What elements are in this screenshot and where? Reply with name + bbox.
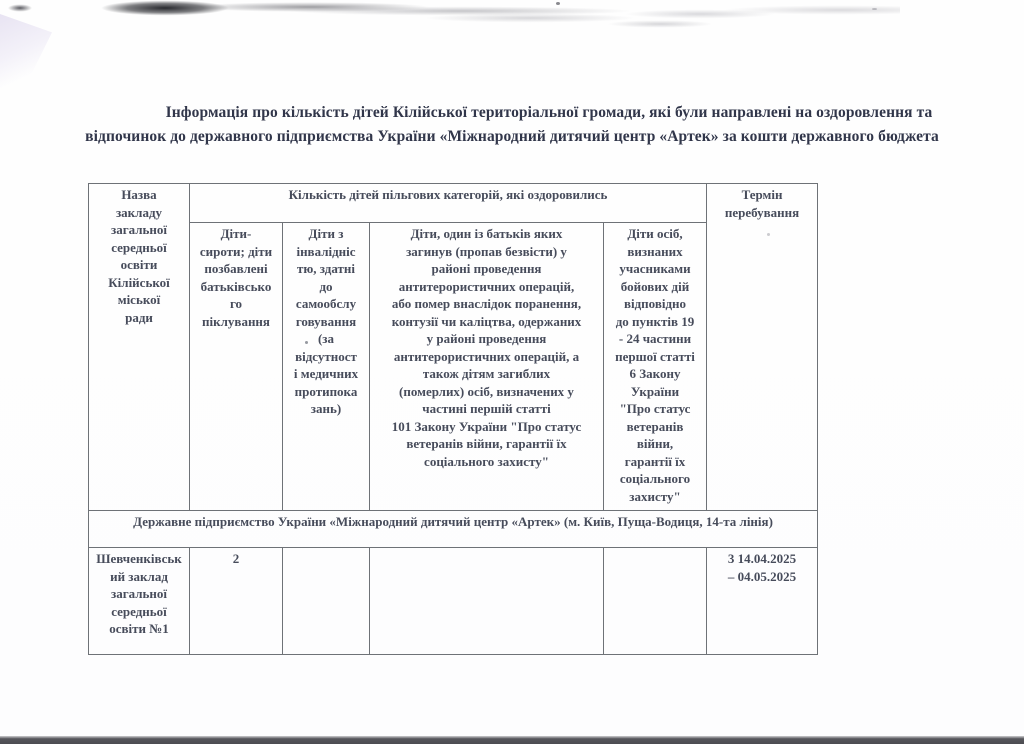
cell-school-name: Шевченківськ ий заклад загальної середнь… xyxy=(89,548,190,655)
artek-report-table: Назва закладу загальної середньої освіти… xyxy=(88,183,818,655)
cell-combatants-count xyxy=(604,548,707,655)
header-school-column: Назва закладу загальної середньої освіти… xyxy=(89,184,190,511)
scan-speck xyxy=(872,8,877,10)
header-orphans-column: Діти- сироти; діти позбавлені батьківськ… xyxy=(190,223,283,511)
scanned-document-page: Інформація про кількість дітей Кілійсько… xyxy=(0,0,1024,744)
cell-term: 3 14.04.2025 – 04.05.2025 xyxy=(707,548,818,655)
header-combatants-column: Діти осіб, визнаних учасниками бойових д… xyxy=(604,223,707,511)
cell-disability-count xyxy=(283,548,370,655)
cell-ato-count xyxy=(370,548,604,655)
header-disability-column: Діти з інвалідніс тю, здатні до самообсл… xyxy=(283,223,370,511)
scan-bottom-edge xyxy=(0,736,1024,744)
facility-row-cell: Державне підприємство України «Міжнародн… xyxy=(89,511,818,548)
data-row: Шевченківськ ий заклад загальної середнь… xyxy=(89,548,818,655)
header-term-column: Термін перебування xyxy=(707,184,818,511)
scan-speck xyxy=(556,2,560,5)
scan-fold-artifact xyxy=(0,14,52,106)
scan-corner-artifact xyxy=(4,2,44,16)
document-title: Інформація про кількість дітей Кілійсько… xyxy=(59,101,965,149)
header-ato-column: Діти, один із батьків яких загинув (проп… xyxy=(370,223,604,511)
header-row-top: Назва закладу загальної середньої освіти… xyxy=(89,184,818,223)
scan-smear-artifact xyxy=(60,0,900,32)
cell-orphans-count: 2 xyxy=(190,548,283,655)
facility-row: Державне підприємство України «Міжнародн… xyxy=(89,511,818,548)
header-group-title: Кількість дітей пільгових категорій, які… xyxy=(190,184,707,223)
